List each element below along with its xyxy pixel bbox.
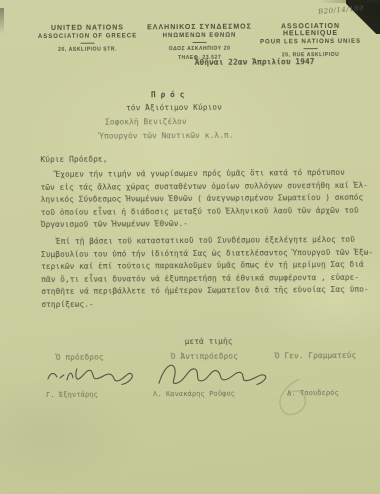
recipient-office: Ὑπουργόν τῶν Ναυτικῶν κ.λ.π. <box>99 131 233 141</box>
org-subname-fr: POUR LES NATIONS UNIES <box>255 39 367 46</box>
org-subname-en: ASSOCIATION OF GREECE <box>33 33 143 40</box>
salutation: Κύριε Πρόεδρε, <box>40 155 107 164</box>
letterhead-divider <box>304 48 318 49</box>
dateline: Ἀθῆναι 22αν Ἀπριλίου 1947 <box>195 57 315 67</box>
letterhead-divider <box>81 43 95 44</box>
document-page: Β20/14/189 UNITED NATIONS ASSOCIATION OF… <box>0 0 380 494</box>
vice-president-name: Λ. Κανακάρης Ροῦφος <box>153 390 235 399</box>
letterhead-french: ASSOCIATION HELLENIQUE POUR LES NATIONS … <box>254 23 366 59</box>
org-subname-el: ΗΝΩΜΕΝΩΝ ΕΘΝΩΝ <box>147 33 253 40</box>
letter-body: Ἔχομεν τήν τιμήν νά γνωρίσωμεν πρός ὑμᾶς… <box>40 167 363 312</box>
body-line: στηρίξεως.- <box>41 297 363 312</box>
letterhead-greek: ΕΛΛΗΝΙΚΟΣ ΣΥΝΔΕΣΜΟΣ ΗΝΩΜΕΝΩΝ ΕΘΝΩΝ ΟΔΟΣ … <box>146 24 252 62</box>
letterhead-divider <box>193 42 207 43</box>
org-name-fr: ASSOCIATION HELLENIQUE <box>254 23 366 38</box>
recipient-to: Π ρ ό ς <box>151 90 185 99</box>
president-name: Γ. Ἐξηντάρης <box>46 391 98 399</box>
body-line: στηθῆτε νά περιβάλλετε τό ἡμέτερον Σωματ… <box>41 284 363 299</box>
secretary-name: Δ. Τσουδερός <box>287 389 339 397</box>
org-address-el: ΟΔΟΣ ΑΣΚΛΗΠΙΟΥ 20 <box>147 46 253 53</box>
recipient-name: Σοφοκλῆ Βενιζέλον <box>105 117 187 127</box>
pencil-mark <box>269 377 315 419</box>
president-signature <box>45 360 145 391</box>
letterhead-english: UNITED NATIONS ASSOCIATION OF GREECE 20,… <box>32 24 142 53</box>
body-line: Ὀργανισμοῦ τῶν Ἡνωμένων Ἐθνῶν.- <box>41 217 363 232</box>
org-address-en: 20, ASKLIPIOU STR. <box>33 46 143 53</box>
recipient-honorific: τόν Ἀξιότιμον Κύριον <box>126 103 222 113</box>
org-name-en: UNITED NATIONS <box>32 24 142 32</box>
secretary-title: Ὁ Γεν. Γραμματεύς <box>275 351 357 361</box>
org-name-el: ΕΛΛΗΝΙΚΟΣ ΣΥΝΔΕΣΜΟΣ <box>146 24 252 32</box>
closing-formula: μετά τιμῆς <box>185 337 233 346</box>
vice-president-signature <box>151 354 271 391</box>
